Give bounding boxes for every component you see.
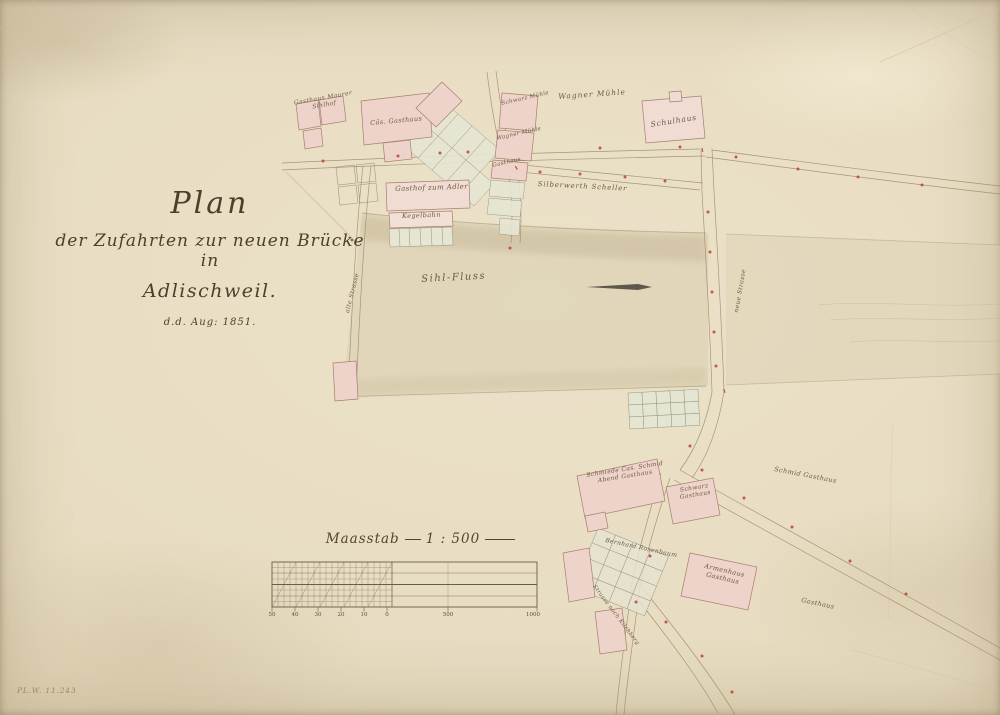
map-subtitle: der Zufahrten zur neuen Brücke in — [52, 231, 368, 271]
scale-tick-30: 30 — [315, 612, 322, 618]
scale-tick-50: 50 — [269, 612, 276, 618]
scale-caption: Maasstab1 : 500 — [300, 531, 546, 547]
map-sheet: Plan der Zufahrten zur neuen Brücke in A… — [0, 0, 1000, 715]
scale-bar — [272, 562, 537, 612]
archive-code: PL.W. 11.243 — [17, 686, 76, 695]
map-title: Plan — [52, 186, 368, 221]
scale-dash — [485, 539, 515, 540]
map-date: d.d. Aug: 1851. — [52, 317, 368, 328]
scale-tick-20: 20 — [338, 612, 345, 618]
title-block: Plan der Zufahrten zur neuen Brücke in A… — [52, 186, 368, 328]
scale-tick-40: 40 — [292, 612, 299, 618]
scale-tick-10: 10 — [361, 612, 368, 618]
kegelbahn-cells — [389, 227, 453, 247]
map-drawing — [0, 0, 1000, 715]
scale-tick-500: 500 — [443, 612, 454, 618]
plot-grid-bridge — [628, 389, 700, 429]
label-kegelbahn: Kegelbahn — [402, 212, 441, 221]
map-place: Adlischweil. — [52, 280, 368, 302]
scale-tick-0: 0 — [385, 612, 389, 618]
scale-ticks — [272, 607, 537, 612]
scale-dash — [405, 539, 421, 540]
scale-tick-1000: 1000 — [526, 612, 540, 618]
